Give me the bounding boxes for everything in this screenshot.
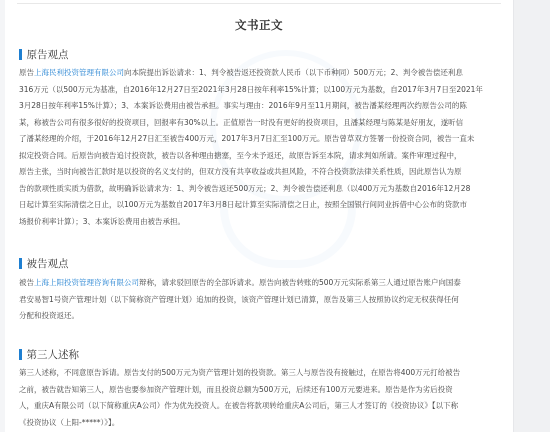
divider: [17, 3, 501, 4]
text-line: 人，重庆A有限公司（以下简称重庆A公司）作为优先投资人。在被告将款项转给重庆A公…: [19, 398, 497, 415]
plaintiff-company-link[interactable]: 上海民利投资管理有限公司: [34, 68, 124, 77]
section-title: 原告观点: [27, 47, 69, 62]
section-heading-third-party: 第三人述称: [19, 347, 79, 362]
plaintiff-paragraph: 原告上海民利投资管理有限公司向本院提出诉讼请求：1、判令被告返还投资款人民币（以…: [19, 65, 497, 230]
text-line: 分配和投资返还。: [19, 308, 497, 325]
text-line: 场报价利率计算）；3、本案诉讼费用由被告承担。: [19, 214, 497, 231]
text-line: 316万元（以500万元为基准，自2016年12月27日至2021年3月28日按…: [19, 82, 497, 99]
text-line: 君安易智1号资产管理计划（以下简称资产管理计划）追加的投资，该资产管理计划已清算…: [19, 292, 497, 309]
text-line: 《投资协议（上阳-*****）》】。: [19, 415, 497, 432]
third-party-paragraph: 第三人述称，不同意原告诉请。原告支付的500万元为资产管理计划的投资款。第三人与…: [19, 365, 497, 431]
text-line: 了潘某经理的介绍，于2016年12月27日汇至被告400万元，2017年3月7日…: [19, 131, 497, 148]
defendant-company-link[interactable]: 上海上阳投资管理咨询有限公司: [34, 278, 139, 287]
text-line: 某，称被告公司有很多很好的投资项目，回报率有30%以上。正值原告一时没有更好的投…: [19, 115, 497, 132]
text-line: 之前，被告就告知第三人，原告也要参加资产管理计划，而且投资总额为500万元，后续…: [19, 382, 497, 399]
section-marker: [19, 258, 22, 269]
section-heading-defendant: 被告观点: [19, 256, 69, 271]
text-line: 原告上海民利投资管理有限公司向本院提出诉讼请求：1、判令被告返还投资款人民币（以…: [19, 65, 497, 82]
section-marker: [19, 349, 22, 360]
document-title: 文书正文: [5, 17, 513, 33]
section-title: 被告观点: [27, 256, 69, 271]
text-line: 告的款项性质实质为借款，故明确诉讼请求为：1、判令被告返还500万元；2、判令被…: [19, 181, 497, 198]
text-line: 日起计算至实际清偿之日止，以100万元为基数自2017年3月8日起计算至实际清偿…: [19, 197, 497, 214]
text-line: 拟定投资合同。后原告向被告追讨投资款，被告以各种理由搪塞，至今未予返还，故原告诉…: [19, 148, 497, 165]
section-title: 第三人述称: [27, 347, 80, 362]
document-card: 文书正文 原告观点 原告上海民利投资管理有限公司向本院提出诉讼请求：1、判令被告…: [5, 0, 513, 432]
text-line: 原告主张，当时向被告汇款时是以投资的名义支付的，但双方没有共享收益或共担风险，不…: [19, 164, 497, 181]
right-sidebar: [513, 0, 550, 432]
text-line: 3月28日按年利率15%计算）；3、本案诉讼费用由被告承担。事实与理由：2016…: [19, 98, 497, 115]
section-marker: [19, 49, 22, 60]
text-line: 第三人述称，不同意原告诉请。原告支付的500万元为资产管理计划的投资款。第三人与…: [19, 365, 497, 382]
text-line: 被告上海上阳投资管理咨询有限公司辩称，请求驳回原告的全部诉请求。原告向被告转账的…: [19, 275, 497, 292]
section-heading-plaintiff: 原告观点: [19, 47, 69, 62]
defendant-paragraph: 被告上海上阳投资管理咨询有限公司辩称，请求驳回原告的全部诉请求。原告向被告转账的…: [19, 275, 497, 325]
